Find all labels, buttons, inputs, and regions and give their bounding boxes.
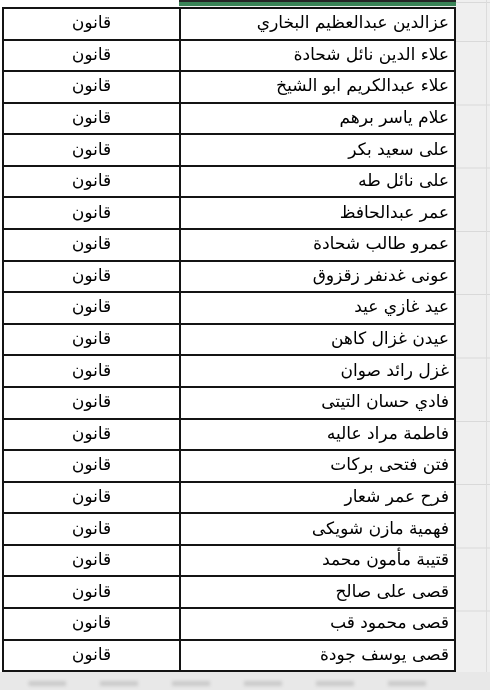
table-row: قانونعلاء الدين نائل شحادة — [4, 41, 454, 73]
name-cell[interactable]: عمر عبدالحافظ — [181, 198, 454, 228]
course-cell[interactable]: قانون — [4, 546, 181, 576]
blurred-text-artifact — [28, 681, 458, 686]
course-cell[interactable]: قانون — [4, 198, 181, 228]
table-row: قانونعونى غدنفر زقزوق — [4, 262, 454, 294]
course-cell[interactable]: قانون — [4, 641, 181, 671]
course-cell[interactable]: قانون — [4, 135, 181, 165]
table-row: قانونعلام ياسر برهم — [4, 104, 454, 136]
name-cell[interactable]: قصى على صالح — [181, 577, 454, 607]
table-row: قانونعيد غازي عيد — [4, 293, 454, 325]
table-row: قانونقصى على صالح — [4, 577, 454, 609]
course-cell[interactable]: قانون — [4, 451, 181, 481]
course-cell[interactable]: قانون — [4, 41, 181, 71]
course-cell[interactable]: قانون — [4, 420, 181, 450]
spreadsheet-view: قانونعزالدين عبدالعظيم البخاريقانونعلاء … — [0, 0, 490, 690]
course-cell[interactable]: قانون — [4, 514, 181, 544]
course-cell[interactable]: قانون — [4, 262, 181, 292]
course-cell[interactable]: قانون — [4, 230, 181, 260]
table-row: قانونغزل رائد صوان — [4, 356, 454, 388]
sheet-background — [0, 672, 490, 690]
name-cell[interactable]: علاء عبدالكريم ابو الشيخ — [181, 72, 454, 102]
course-cell[interactable]: قانون — [4, 167, 181, 197]
name-cell[interactable]: علام ياسر برهم — [181, 104, 454, 134]
table-row: قانونعمرو طالب شحادة — [4, 230, 454, 262]
name-cell[interactable]: فتن فتحى بركات — [181, 451, 454, 481]
table-row: قانونعزالدين عبدالعظيم البخاري — [4, 9, 454, 41]
table-row: قانونفرح عمر شعار — [4, 483, 454, 515]
table-row: قانونقصى يوسف جودة — [4, 641, 454, 671]
name-cell[interactable]: عمرو طالب شحادة — [181, 230, 454, 260]
name-cell[interactable]: قصى محمود قب — [181, 609, 454, 639]
name-cell[interactable]: فاطمة مراد عاليه — [181, 420, 454, 450]
name-cell[interactable]: قصى يوسف جودة — [181, 641, 454, 671]
name-cell[interactable]: فهمية مازن شويكى — [181, 514, 454, 544]
course-cell[interactable]: قانون — [4, 293, 181, 323]
table-row: قانونعلاء عبدالكريم ابو الشيخ — [4, 72, 454, 104]
table-row: قانونقتيبة مأمون محمد — [4, 546, 454, 578]
name-cell[interactable]: غزل رائد صوان — [181, 356, 454, 386]
name-cell[interactable]: عزالدين عبدالعظيم البخاري — [181, 9, 454, 39]
table-row: قانونفهمية مازن شويكى — [4, 514, 454, 546]
course-cell[interactable]: قانون — [4, 9, 181, 39]
table-row: قانونعلى نائل طه — [4, 167, 454, 199]
table-row: قانونعيدن غزال كاهن — [4, 325, 454, 357]
course-cell[interactable]: قانون — [4, 609, 181, 639]
table-row: قانونعلى سعيد بكر — [4, 135, 454, 167]
name-cell[interactable]: عيدن غزال كاهن — [181, 325, 454, 355]
table-row: قانونفادي حسان التيتى — [4, 388, 454, 420]
course-cell[interactable]: قانون — [4, 483, 181, 513]
name-cell[interactable]: علاء الدين نائل شحادة — [181, 41, 454, 71]
table-row: قانونفاطمة مراد عاليه — [4, 420, 454, 452]
course-cell[interactable]: قانون — [4, 325, 181, 355]
name-cell[interactable]: على نائل طه — [181, 167, 454, 197]
name-cell[interactable]: فرح عمر شعار — [181, 483, 454, 513]
adjacent-empty-column[interactable] — [456, 0, 490, 672]
name-cell[interactable]: قتيبة مأمون محمد — [181, 546, 454, 576]
course-cell[interactable]: قانون — [4, 104, 181, 134]
table-row: قانونقصى محمود قب — [4, 609, 454, 641]
course-cell[interactable]: قانون — [4, 577, 181, 607]
table-row: قانونعمر عبدالحافظ — [4, 198, 454, 230]
course-cell[interactable]: قانون — [4, 388, 181, 418]
name-cell[interactable]: عيد غازي عيد — [181, 293, 454, 323]
name-cell[interactable]: عونى غدنفر زقزوق — [181, 262, 454, 292]
course-cell[interactable]: قانون — [4, 72, 181, 102]
course-cell[interactable]: قانون — [4, 356, 181, 386]
green-header-strip — [179, 0, 456, 7]
name-cell[interactable]: فادي حسان التيتى — [181, 388, 454, 418]
table-row: قانونفتن فتحى بركات — [4, 451, 454, 483]
name-cell[interactable]: على سعيد بكر — [181, 135, 454, 165]
names-table: قانونعزالدين عبدالعظيم البخاريقانونعلاء … — [2, 7, 456, 672]
